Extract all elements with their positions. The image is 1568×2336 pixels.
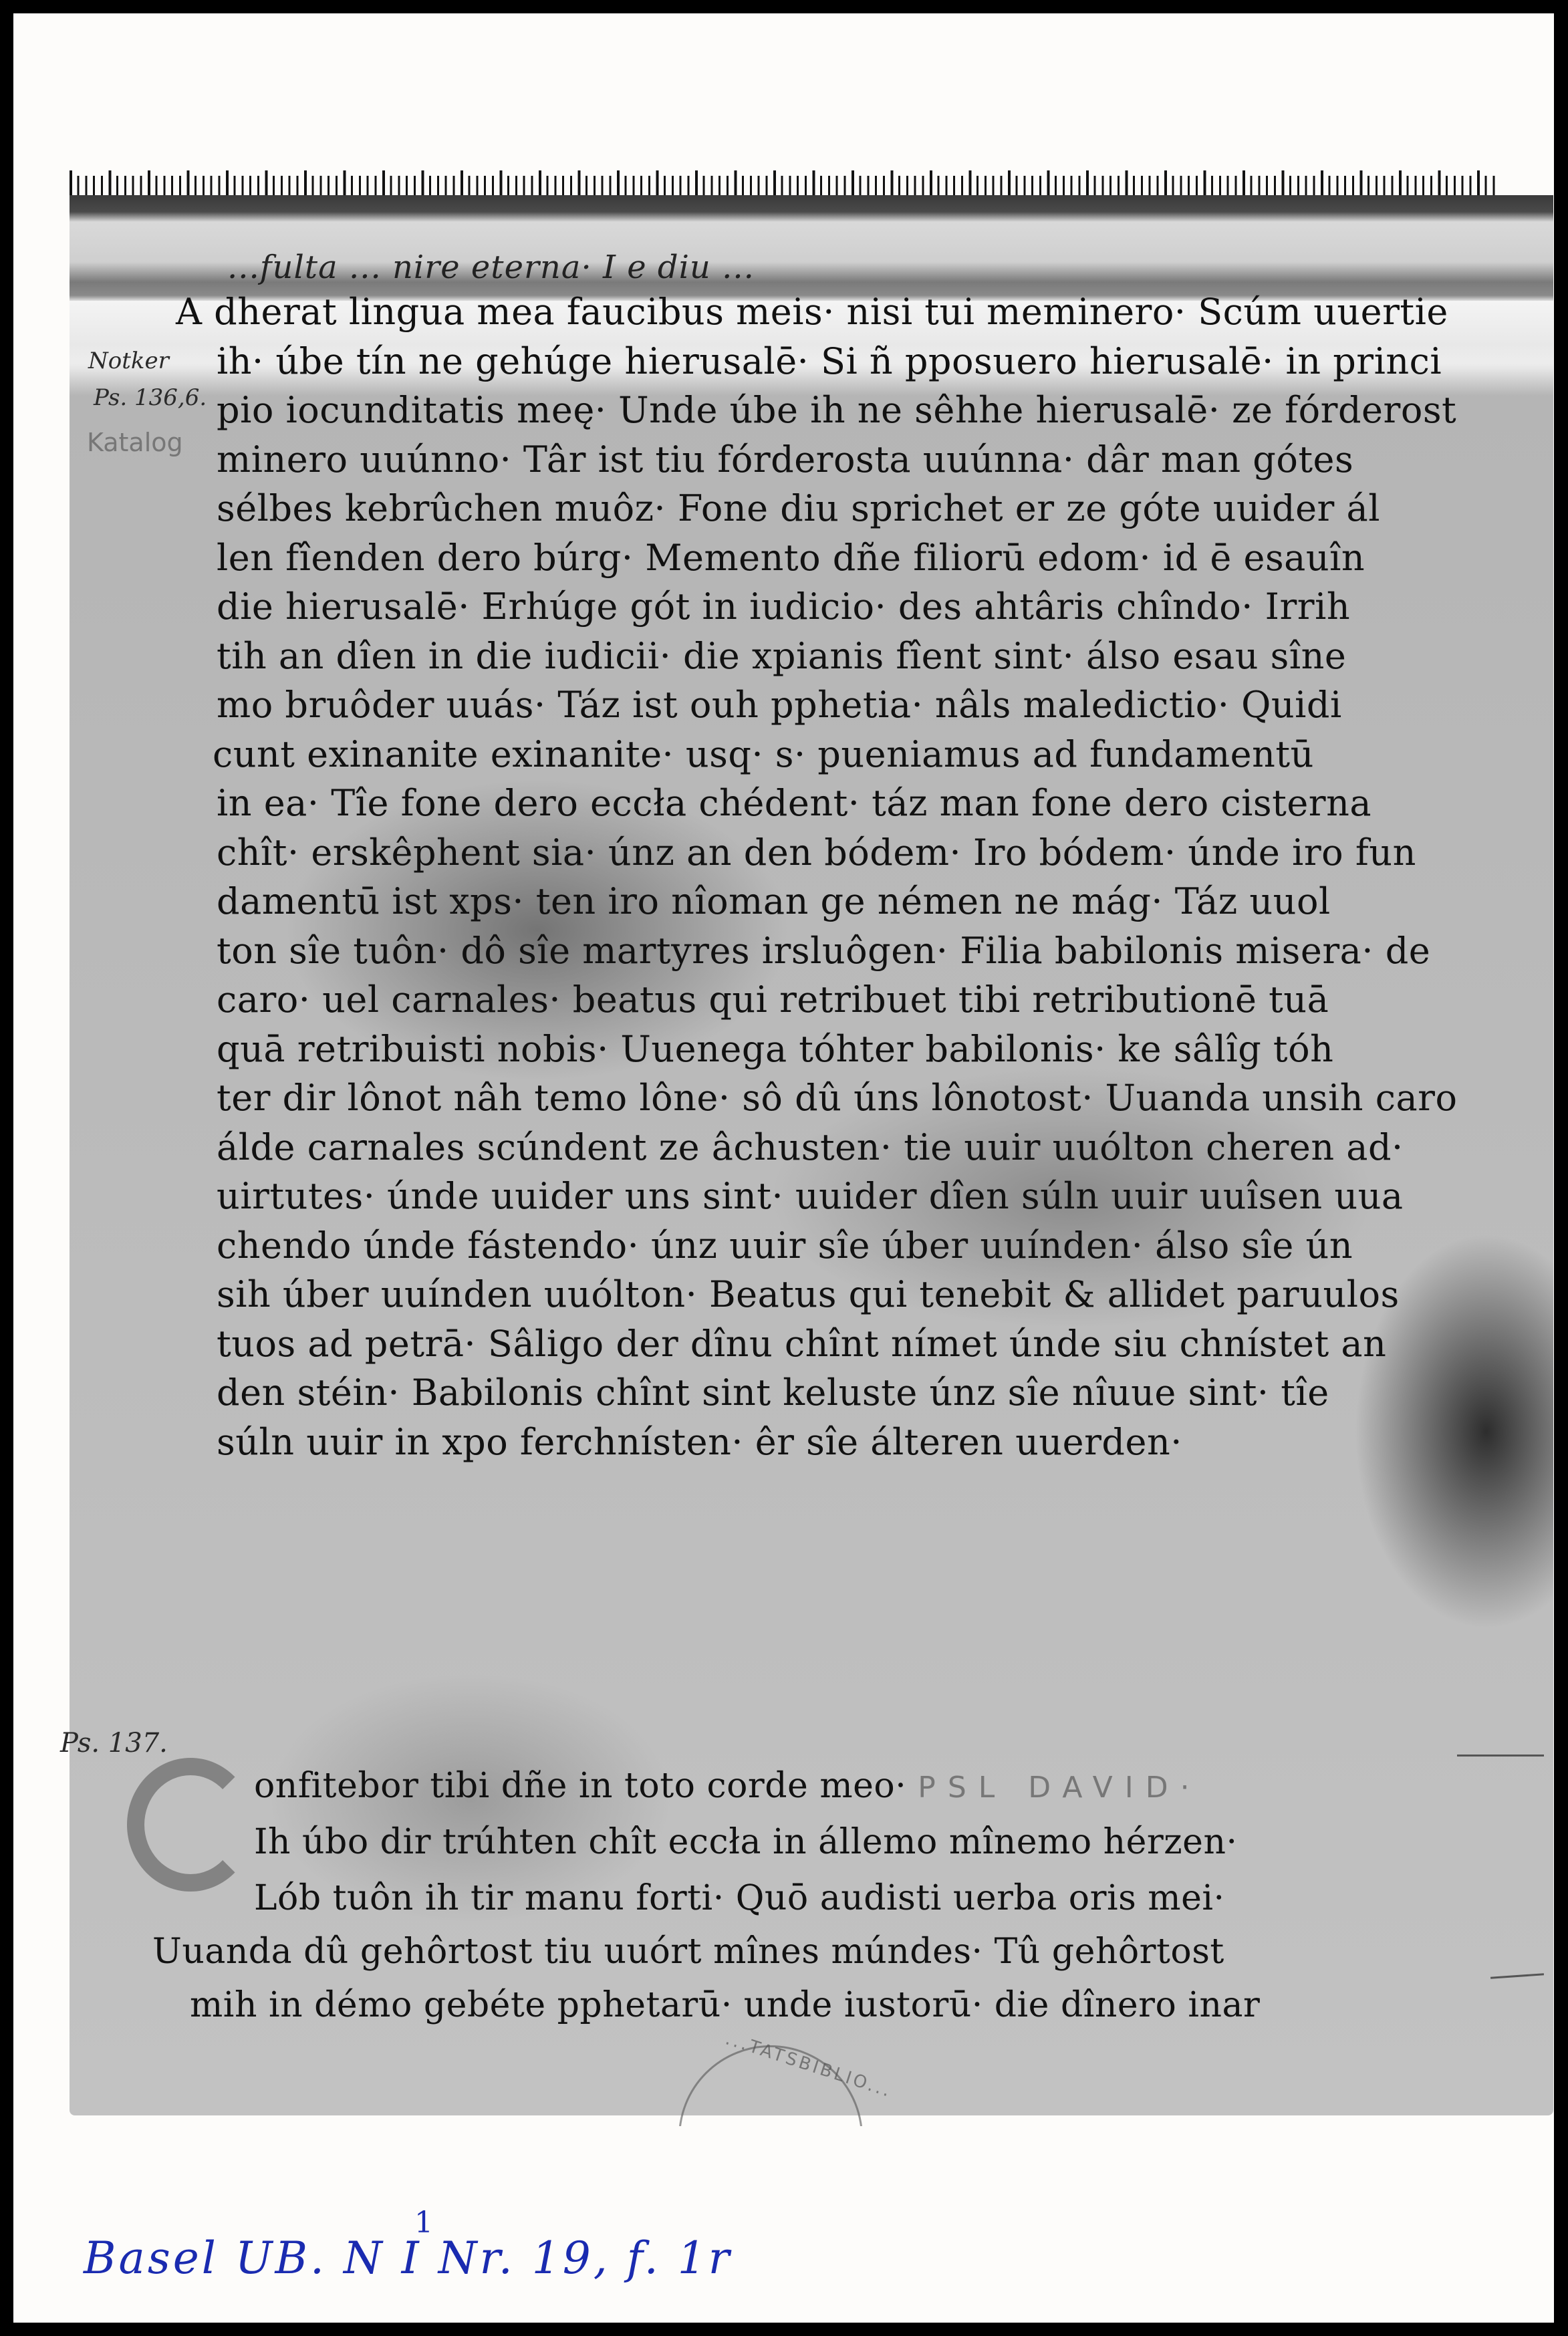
text-line: sih úber uuínden uuólton· Beatus qui ten…: [217, 1270, 1543, 1319]
text-line: Uuanda dû gehôrtost tiu uuórt mînes múnd…: [152, 1925, 1543, 1978]
text-line: chendo únde fástendo· únz uuir sîe úber …: [217, 1221, 1543, 1271]
psalm-137-block: onfitebor tibi dñe in toto corde meo· PS…: [254, 1758, 1524, 1926]
main-text-block: A dherat lingua mea faucibus meis· nisi …: [179, 287, 1543, 1466]
scale-ruler: [70, 176, 1500, 197]
margin-note-notker: Notker: [88, 348, 169, 374]
text-line: tuos ad petrā· Sâligo der dînu chînt ním…: [217, 1319, 1543, 1369]
text-line: caro· uel carnales· beatus qui retribuet…: [217, 975, 1543, 1025]
text-line: uirtutes· únde uuider uns sint· uuider d…: [217, 1172, 1543, 1221]
rubric-psalmus-david: PSL DAVID·: [918, 1771, 1201, 1805]
text-line: minero uuúnno· Târ ist tiu fórderosta uu…: [217, 435, 1543, 485]
text-line: pio iocunditatis meę· Unde úbe ih ne sêh…: [217, 386, 1543, 435]
ruling-mark: [1457, 1755, 1544, 1757]
text-line: mih in démo gebéte pphetarū· unde iustor…: [190, 1978, 1543, 2032]
text-line: A dherat lingua mea faucibus meis· nisi …: [176, 287, 1543, 337]
text-line: chît· erskêphent sia· únz an den bódem· …: [217, 828, 1543, 878]
text-line: ter dir lônot nâh temo lône· sô dû úns l…: [217, 1073, 1543, 1123]
margin-note-psalm-137: Ps. 137.: [60, 1728, 168, 1759]
text-line: tih an dîen in die iudicii· die xpianis …: [217, 632, 1543, 681]
text-line: die hierusalē· Erhúge gót in iudicio· de…: [217, 582, 1543, 632]
text-line: Ih úbo dir trúhten chît eccła in állemo …: [254, 1814, 1524, 1870]
decorated-initial-c: [127, 1758, 254, 1892]
text-line: Lób tuôn ih tir manu forti· Quō audisti …: [254, 1870, 1524, 1926]
text-line: ih· úbe tín ne gehúge hierusalē· Si ñ pp…: [217, 337, 1543, 386]
psalm-137-first-line: onfitebor tibi dñe in toto corde meo· PS…: [254, 1758, 1524, 1814]
text-line: álde carnales scúndent ze âchusten· tie …: [217, 1123, 1543, 1172]
header-fragment-text: ...fulta ... nire eterna· I e diu ...: [227, 249, 755, 286]
text-line: damentū ist xps· ten iro nîoman ge némen…: [217, 877, 1543, 926]
shelfmark-annotation: Basel UB. N I Nr. 19, f. 1r: [84, 2232, 732, 2284]
text-line: sélbes kebrûchen muôz· Fone diu sprichet…: [217, 484, 1543, 533]
text-line: súln uuir in xpo ferchnísten· êr sîe ált…: [217, 1418, 1543, 1467]
text-line: den stéin· Babilonis chînt sint keluste …: [217, 1368, 1543, 1418]
text-line: quā retribuisti nobis· Uuenega tóhter ba…: [217, 1025, 1543, 1074]
psalm-137-tail: Uuanda dû gehôrtost tiu uuórt mînes múnd…: [152, 1925, 1543, 2032]
margin-note-katalog: Katalog: [87, 428, 183, 457]
text-line: in ea· Tîe fone dero eccła chédent· táz …: [217, 779, 1543, 828]
psalm-137-incipit: onfitebor tibi dñe in toto corde meo·: [254, 1766, 906, 1806]
text-line: ton sîe tuôn· dô sîe martyres irsluôgen·…: [217, 926, 1543, 976]
text-line: mo bruôder uuás· Táz ist ouh pphetia· nâ…: [217, 680, 1543, 730]
text-line: len fîenden dero búrg· Memento dñe filio…: [217, 533, 1543, 583]
text-line: cunt exinanite exinanite· usq· s· puenia…: [213, 730, 1543, 779]
